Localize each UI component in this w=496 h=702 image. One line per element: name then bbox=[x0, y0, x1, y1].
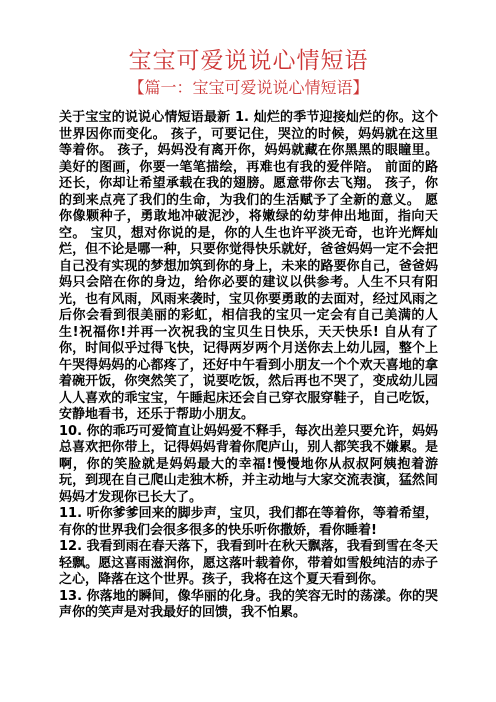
document-page: 宝宝可爱说说心情短语 【篇一：宝宝可爱说说心情短语】 关于宝宝的说说心情短语最新… bbox=[0, 0, 496, 702]
page-subtitle: 【篇一：宝宝可爱说说心情短语】 bbox=[59, 78, 438, 98]
paragraph: 11. 听你爹爹回来的脚步声，宝贝，我们都在等着你，等着希望，有你的世界我们会很… bbox=[59, 506, 438, 539]
paragraph: 关于宝宝的说说心情短语最新 1. 灿烂的季节迎接灿烂的你。这个世界因你而变化。 … bbox=[59, 110, 438, 424]
page-title: 宝宝可爱说说心情短语 bbox=[59, 46, 438, 76]
body-text: 关于宝宝的说说心情短语最新 1. 灿烂的季节迎接灿烂的你。这个世界因你而变化。 … bbox=[59, 110, 438, 622]
paragraph: 10. 你的乖巧可爱简直让妈妈爱不释手，每次出差只要允许，妈妈总喜欢把你带上，记… bbox=[59, 424, 438, 507]
paragraph: 12. 我看到雨在春天落下，我看到叶在秋天飘落，我看到雪在冬天轻飘。愿这喜雨滋润… bbox=[59, 539, 438, 589]
paragraph: 13. 你落地的瞬间，像华丽的化身。我的笑容无时的荡漾。你的哭声你的笑声是对我最… bbox=[59, 589, 438, 622]
